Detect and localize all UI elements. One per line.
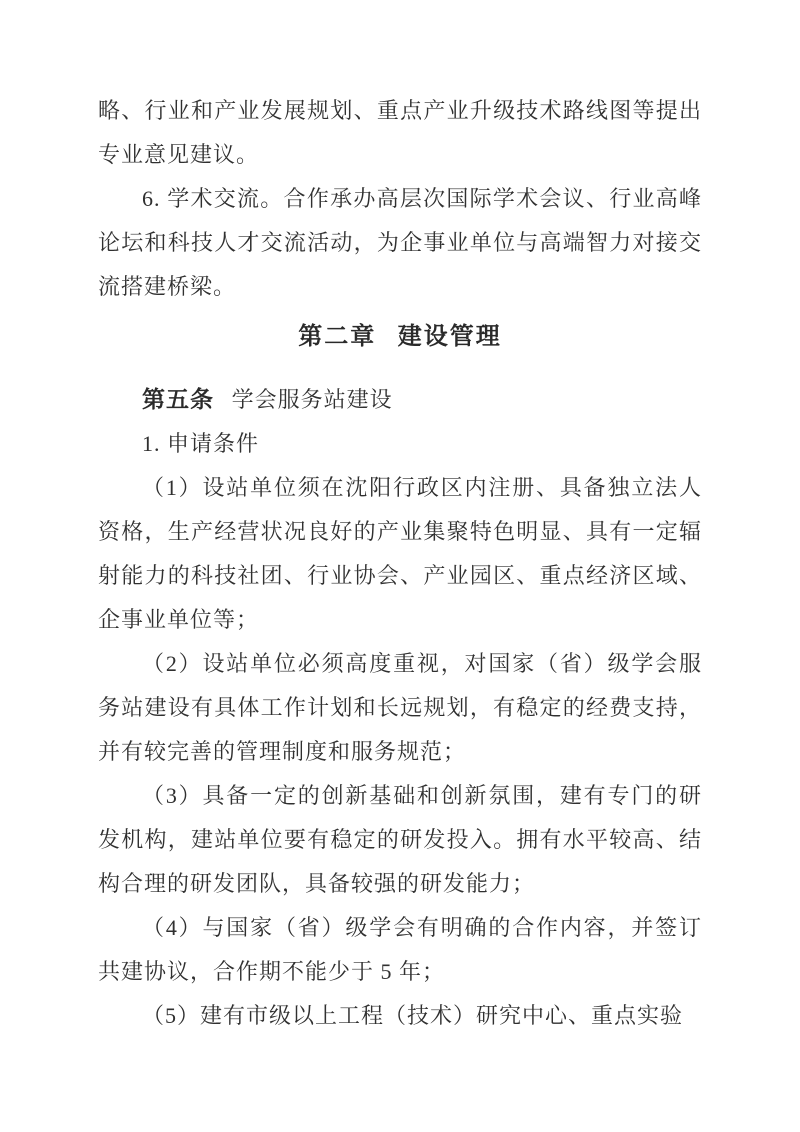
- condition-3: （3）具备一定的创新基础和创新氛围，建有专门的研发机构，建站单位要有稳定的研发投…: [98, 774, 702, 906]
- paragraph-item-6: 6. 学术交流。合作承办高层次国际学术会议、行业高峰论坛和科技人才交流活动，为企…: [98, 177, 702, 309]
- chapter-title: 建设管理: [398, 323, 502, 350]
- chapter-heading: 第二章建设管理: [98, 315, 702, 359]
- article-title: 学会服务站建设: [232, 387, 393, 412]
- condition-4: （4）与国家（省）级学会有明确的合作内容，并签订共建协议，合作期不能少于 5 年…: [98, 906, 702, 994]
- document-page: 略、行业和产业发展规划、重点产业升级技术路线图等提出专业意见建议。 6. 学术交…: [0, 0, 800, 1132]
- condition-5: （5）建有市级以上工程（技术）研究中心、重点实验: [98, 994, 702, 1038]
- chapter-number: 第二章: [298, 323, 376, 350]
- paragraph-continuation: 略、行业和产业发展规划、重点产业升级技术路线图等提出专业意见建议。: [98, 89, 702, 177]
- condition-1: （1）设站单位须在沈阳行政区内注册、具备独立法人资格，生产经营状况良好的产业集聚…: [98, 466, 702, 642]
- article-number: 第五条: [142, 386, 214, 412]
- article-heading: 第五条学会服务站建设: [98, 377, 702, 422]
- condition-2: （2）设站单位必须高度重视，对国家（省）级学会服务站建设有具体工作计划和长远规划…: [98, 642, 702, 774]
- document-content: 略、行业和产业发展规划、重点产业升级技术路线图等提出专业意见建议。 6. 学术交…: [98, 89, 702, 1038]
- section-1-title: 1. 申请条件: [98, 422, 702, 466]
